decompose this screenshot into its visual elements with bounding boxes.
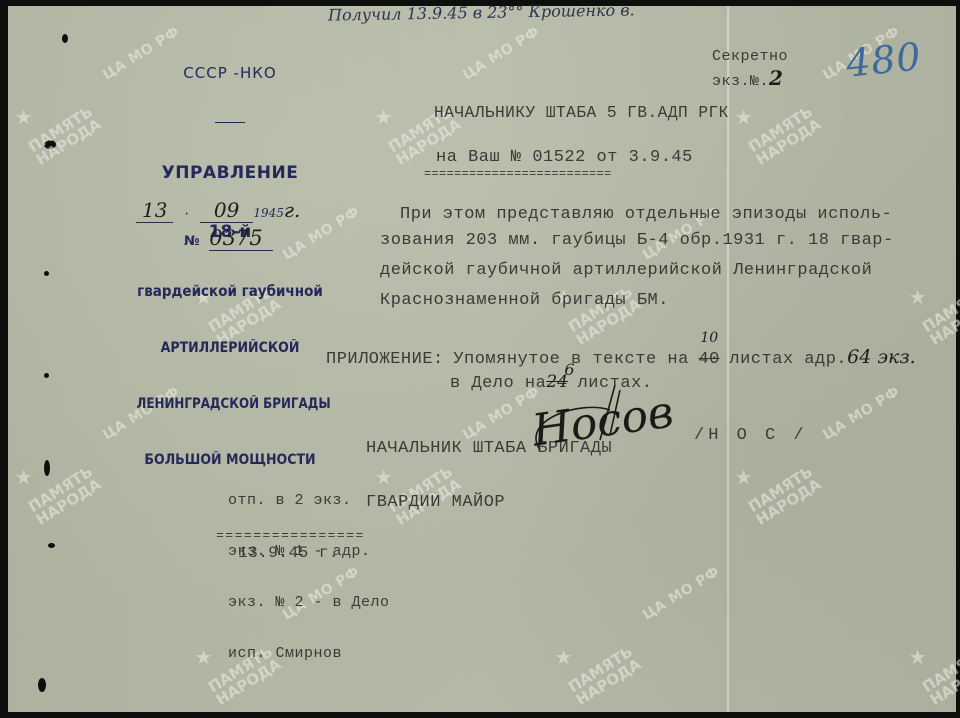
struck-sheet-count: 40 (698, 350, 719, 369)
copy-number: экз.№.2 (712, 66, 783, 90)
body-paragraph-cont: зования 203 мм. гаубицы Б-4 обр.1931 г. … (380, 228, 894, 314)
signature-flourish (520, 380, 670, 460)
paper-hole (44, 460, 50, 476)
paper-hole (44, 271, 49, 276)
stamp-date: 13 · 091945г. (136, 198, 300, 222)
paper-hole (62, 34, 68, 43)
paper-hole (44, 373, 49, 378)
paper-hole (44, 140, 56, 149)
addressee: НАЧАЛЬНИКУ ШТАБА 5 ГВ.АДП РГК (434, 104, 729, 123)
body-paragraph: При этом представляю отдельные эпизоды и… (400, 202, 892, 228)
reference-line: на Ваш № 01522 от 3.9.45 (436, 148, 693, 167)
signatory-name: /Н О С / (694, 426, 808, 445)
distribution-list: отп. в 2 экз. экз. № 1 - адр. экз. № 2 -… (228, 458, 390, 679)
stamp-rule (215, 122, 245, 123)
corrected-sheet-count: 10 (700, 330, 718, 346)
reference-underline: ========================= (424, 167, 612, 181)
archive-number: 480 (844, 34, 924, 86)
paper-hole (48, 543, 55, 548)
secrecy-label: Секретно (712, 48, 788, 65)
distribution-separator: ================ (216, 528, 365, 543)
organization-stamp: СССР -НКО УПРАВЛЕНИЕ 18-й гвардейской га… (120, 26, 340, 488)
stamp-number: № 0375 (184, 226, 273, 250)
distribution-date: 13.9.45 г. (238, 544, 339, 562)
attachment-line: ПРИЛОЖЕНИЕ: Упомянутое в тексте на 40 10… (326, 346, 916, 369)
corrected-file-sheets: 6 (564, 360, 574, 379)
paper-hole (38, 678, 46, 692)
handwritten-copies: 64 экз. (847, 346, 916, 368)
